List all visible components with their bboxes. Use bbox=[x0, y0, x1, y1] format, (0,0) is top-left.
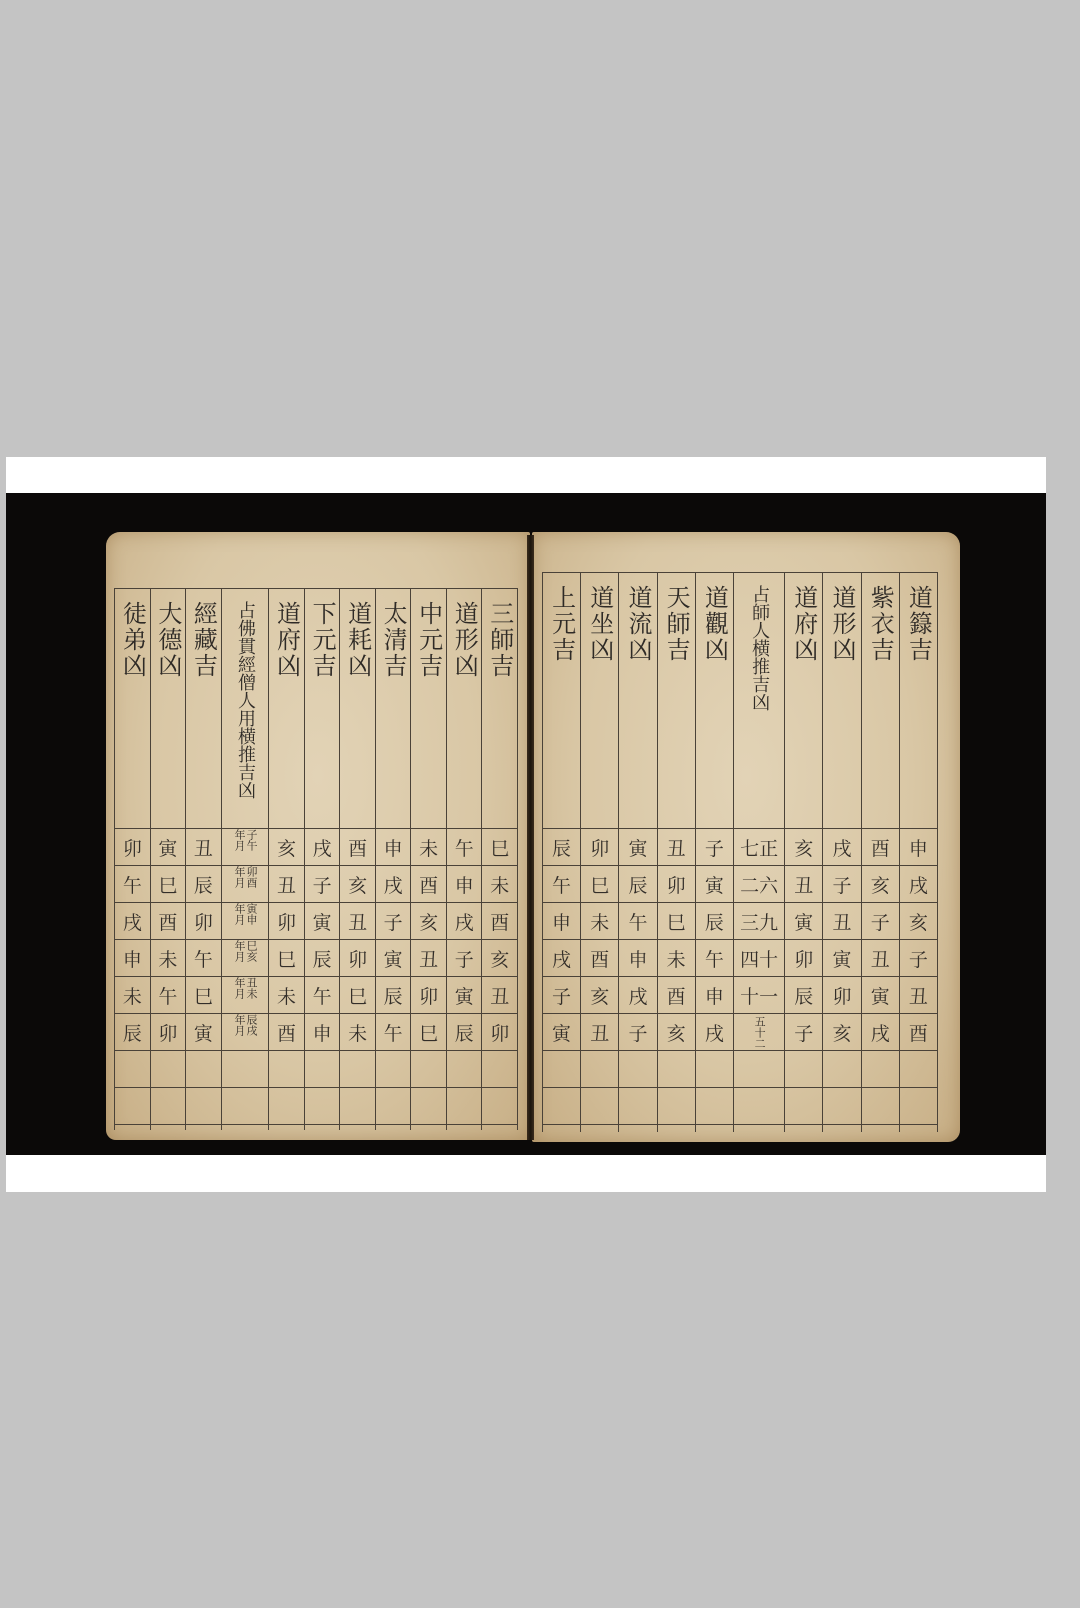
table-column: 天師吉丑卯巳未酉亥 bbox=[657, 573, 695, 1132]
table-cell: 酉 bbox=[340, 829, 375, 866]
column-header: 紫衣吉 bbox=[862, 573, 899, 829]
table-cell: 未 bbox=[658, 940, 695, 977]
table-cell: 辰 bbox=[543, 829, 580, 866]
table-cell: 寅 bbox=[785, 903, 822, 940]
table-cell: 午 bbox=[619, 903, 656, 940]
table-cell: 丑 bbox=[785, 866, 822, 903]
table-cell: 酉 bbox=[658, 977, 695, 1014]
table-cell: 二六 bbox=[734, 866, 784, 903]
table-cell: 卯 bbox=[340, 940, 375, 977]
column-header: 下元吉 bbox=[305, 589, 340, 829]
table-cell: 午 bbox=[376, 1014, 411, 1051]
table-cell: 申 bbox=[447, 866, 482, 903]
table-column: 道流凶寅辰午申戌子 bbox=[618, 573, 656, 1132]
table-cell: 未 bbox=[115, 977, 150, 1014]
table-cell: 子 bbox=[862, 903, 899, 940]
empty-cell bbox=[269, 1051, 304, 1088]
table-column: 道觀凶子寅辰午申戌 bbox=[695, 573, 733, 1132]
table-cell: 申 bbox=[696, 977, 733, 1014]
table-cell: 卯 bbox=[186, 903, 221, 940]
table-cell: 三九 bbox=[734, 903, 784, 940]
table-cell: 亥 bbox=[658, 1014, 695, 1051]
table-column: 太清吉申戌子寅辰午 bbox=[375, 589, 411, 1130]
table-cell: 巳 bbox=[186, 977, 221, 1014]
table-cell: 亥 bbox=[900, 903, 937, 940]
table-cell: 酉 bbox=[482, 903, 517, 940]
table-cell: 四十 bbox=[734, 940, 784, 977]
table-cell: 丑 bbox=[186, 829, 221, 866]
table-cell: 申 bbox=[900, 829, 937, 866]
column-header: 占師人横推吉凶 bbox=[734, 573, 784, 829]
table-cell: 亥 bbox=[823, 1014, 860, 1051]
table-cell: 寅 bbox=[305, 903, 340, 940]
column-header: 徒弟凶 bbox=[115, 589, 150, 829]
table-cell: 巳亥 年月 bbox=[222, 940, 269, 977]
empty-cell bbox=[823, 1088, 860, 1125]
table-cell: 七正 bbox=[734, 829, 784, 866]
table-cell: 亥 bbox=[482, 940, 517, 977]
column-header: 道籙吉 bbox=[900, 573, 937, 829]
empty-cell bbox=[151, 1088, 186, 1125]
table-cell: 寅 bbox=[376, 940, 411, 977]
book-spine bbox=[527, 535, 534, 1140]
table-cell: 午 bbox=[115, 866, 150, 903]
empty-cell bbox=[447, 1088, 482, 1125]
table-cell: 寅 bbox=[619, 829, 656, 866]
column-header: 上元吉 bbox=[543, 573, 580, 829]
table-cell: 子 bbox=[619, 1014, 656, 1051]
table-cell: 午 bbox=[696, 940, 733, 977]
table-cell: 未 bbox=[581, 903, 618, 940]
table-cell: 卯 bbox=[151, 1014, 186, 1051]
empty-cell bbox=[862, 1088, 899, 1125]
empty-cell bbox=[482, 1088, 517, 1125]
table-cell: 卯 bbox=[482, 1014, 517, 1051]
table-cell: 卯 bbox=[115, 829, 150, 866]
empty-cell bbox=[734, 1051, 784, 1088]
column-header: 占佛貫經僧人用横推吉凶 bbox=[222, 589, 269, 829]
table-cell: 申 bbox=[619, 940, 656, 977]
manuscript-left-page: 三師吉巳未酉亥丑卯道形凶午申戌子寅辰中元吉未酉亥丑卯巳太清吉申戌子寅辰午道耗凶酉… bbox=[106, 532, 530, 1140]
table-cell: 未 bbox=[482, 866, 517, 903]
column-header: 道流凶 bbox=[619, 573, 656, 829]
table-column: 道坐凶卯巳未酉亥丑 bbox=[580, 573, 618, 1132]
table-cell: 戌 bbox=[900, 866, 937, 903]
table-cell: 卯 bbox=[581, 829, 618, 866]
table-cell: 午 bbox=[305, 977, 340, 1014]
table-cell: 酉 bbox=[900, 1014, 937, 1051]
table-column: 道形凶戌子丑寅卯亥 bbox=[822, 573, 860, 1132]
table-cell: 寅 bbox=[823, 940, 860, 977]
table-cell: 午 bbox=[186, 940, 221, 977]
empty-cell bbox=[734, 1088, 784, 1125]
empty-cell bbox=[900, 1088, 937, 1125]
empty-cell bbox=[340, 1051, 375, 1088]
table-cell: 亥 bbox=[411, 903, 446, 940]
table-cell: 午 bbox=[151, 977, 186, 1014]
table-cell: 子 bbox=[823, 866, 860, 903]
empty-cell bbox=[376, 1088, 411, 1125]
table-cell: 卯 bbox=[823, 977, 860, 1014]
table-cell: 酉 bbox=[862, 829, 899, 866]
empty-cell bbox=[186, 1088, 221, 1125]
table-cell: 戌 bbox=[696, 1014, 733, 1051]
table-column: 下元吉戌子寅辰午申 bbox=[304, 589, 340, 1130]
empty-cell bbox=[115, 1051, 150, 1088]
table-cell: 丑 bbox=[900, 977, 937, 1014]
table-cell: 寅 bbox=[696, 866, 733, 903]
table-cell: 申 bbox=[115, 940, 150, 977]
table-column: 紫衣吉酉亥子丑寅戌 bbox=[861, 573, 899, 1132]
table-cell: 子 bbox=[900, 940, 937, 977]
empty-cell bbox=[305, 1051, 340, 1088]
empty-cell bbox=[581, 1051, 618, 1088]
table-cell: 卯 bbox=[785, 940, 822, 977]
table-column: 上元吉辰午申戌子寅 bbox=[542, 573, 580, 1132]
table-column: 三師吉巳未酉亥丑卯 bbox=[481, 589, 518, 1130]
table-cell: 辰 bbox=[785, 977, 822, 1014]
table-cell: 酉 bbox=[411, 866, 446, 903]
table-column: 徒弟凶卯午戌申未辰 bbox=[114, 589, 150, 1130]
empty-cell bbox=[543, 1051, 580, 1088]
empty-cell bbox=[340, 1088, 375, 1125]
table-cell: 亥 bbox=[581, 977, 618, 1014]
table-cell: 戌 bbox=[376, 866, 411, 903]
column-header: 中元吉 bbox=[411, 589, 446, 829]
column-header: 三師吉 bbox=[482, 589, 517, 829]
empty-cell bbox=[696, 1088, 733, 1125]
table-cell: 辰 bbox=[186, 866, 221, 903]
empty-cell bbox=[269, 1088, 304, 1125]
manuscript-right-page: 道籙吉申戌亥子丑酉紫衣吉酉亥子丑寅戌道形凶戌子丑寅卯亥道府凶亥丑寅卯辰子占師人横… bbox=[532, 532, 960, 1142]
table-cell: 亥 bbox=[340, 866, 375, 903]
right-page-table: 道籙吉申戌亥子丑酉紫衣吉酉亥子丑寅戌道形凶戌子丑寅卯亥道府凶亥丑寅卯辰子占師人横… bbox=[542, 572, 938, 1132]
table-cell: 巳 bbox=[658, 903, 695, 940]
table-column: 道形凶午申戌子寅辰 bbox=[446, 589, 482, 1130]
table-cell: 五十二 bbox=[734, 1014, 784, 1051]
empty-cell bbox=[115, 1088, 150, 1125]
table-cell: 子 bbox=[447, 940, 482, 977]
empty-cell bbox=[619, 1088, 656, 1125]
column-header: 道府凶 bbox=[269, 589, 304, 829]
table-cell: 亥 bbox=[269, 829, 304, 866]
table-cell: 辰 bbox=[115, 1014, 150, 1051]
table-cell: 辰 bbox=[376, 977, 411, 1014]
table-cell: 子 bbox=[696, 829, 733, 866]
table-cell: 亥 bbox=[785, 829, 822, 866]
column-header: 道坐凶 bbox=[581, 573, 618, 829]
table-cell: 寅申 年月 bbox=[222, 903, 269, 940]
table-cell: 子 bbox=[305, 866, 340, 903]
table-cell: 申 bbox=[543, 903, 580, 940]
table-cell: 戌 bbox=[823, 829, 860, 866]
table-cell: 申 bbox=[305, 1014, 340, 1051]
column-header: 道形凶 bbox=[447, 589, 482, 829]
column-header: 道耗凶 bbox=[340, 589, 375, 829]
table-cell: 卯 bbox=[658, 866, 695, 903]
table-cell: 卯 bbox=[269, 903, 304, 940]
empty-cell bbox=[658, 1088, 695, 1125]
table-cell: 戌 bbox=[305, 829, 340, 866]
empty-cell bbox=[222, 1088, 269, 1125]
table-cell: 丑 bbox=[658, 829, 695, 866]
table-cell: 辰 bbox=[305, 940, 340, 977]
table-cell: 寅 bbox=[862, 977, 899, 1014]
table-cell: 未 bbox=[269, 977, 304, 1014]
table-cell: 子午 年月 bbox=[222, 829, 269, 866]
table-cell: 戌 bbox=[862, 1014, 899, 1051]
table-cell: 巳 bbox=[151, 866, 186, 903]
empty-cell bbox=[151, 1051, 186, 1088]
table-cell: 卯 bbox=[411, 977, 446, 1014]
column-header: 大德凶 bbox=[151, 589, 186, 829]
table-cell: 丑 bbox=[340, 903, 375, 940]
table-cell: 丑未 年月 bbox=[222, 977, 269, 1014]
empty-cell bbox=[447, 1051, 482, 1088]
table-cell: 巳 bbox=[269, 940, 304, 977]
table-cell: 子 bbox=[543, 977, 580, 1014]
table-cell: 戌 bbox=[115, 903, 150, 940]
empty-cell bbox=[581, 1088, 618, 1125]
table-cell: 午 bbox=[543, 866, 580, 903]
empty-cell bbox=[543, 1088, 580, 1125]
table-cell: 巳 bbox=[482, 829, 517, 866]
empty-cell bbox=[696, 1051, 733, 1088]
table-cell: 巳 bbox=[340, 977, 375, 1014]
table-cell: 巳 bbox=[411, 1014, 446, 1051]
table-cell: 卯酉 年月 bbox=[222, 866, 269, 903]
table-cell: 寅 bbox=[543, 1014, 580, 1051]
table-cell: 午 bbox=[447, 829, 482, 866]
empty-cell bbox=[785, 1088, 822, 1125]
table-cell: 酉 bbox=[581, 940, 618, 977]
column-header: 太清吉 bbox=[376, 589, 411, 829]
table-cell: 酉 bbox=[269, 1014, 304, 1051]
column-header: 道形凶 bbox=[823, 573, 860, 829]
table-column: 道籙吉申戌亥子丑酉 bbox=[899, 573, 938, 1132]
empty-cell bbox=[785, 1051, 822, 1088]
table-cell: 辰 bbox=[447, 1014, 482, 1051]
table-column: 占師人横推吉凶七正二六三九四十十一五十二 bbox=[733, 573, 784, 1132]
table-cell: 丑 bbox=[862, 940, 899, 977]
table-column: 道耗凶酉亥丑卯巳未 bbox=[339, 589, 375, 1130]
table-cell: 丑 bbox=[581, 1014, 618, 1051]
table-cell: 寅 bbox=[447, 977, 482, 1014]
empty-cell bbox=[619, 1051, 656, 1088]
table-column: 經藏吉丑辰卯午巳寅 bbox=[185, 589, 221, 1130]
empty-cell bbox=[186, 1051, 221, 1088]
empty-cell bbox=[411, 1088, 446, 1125]
table-column: 占佛貫經僧人用横推吉凶子午 年月卯酉 年月寅申 年月巳亥 年月丑未 年月辰戌 年… bbox=[221, 589, 269, 1130]
column-header: 經藏吉 bbox=[186, 589, 221, 829]
table-cell: 巳 bbox=[581, 866, 618, 903]
table-cell: 辰戌 年月 bbox=[222, 1014, 269, 1051]
table-cell: 亥 bbox=[862, 866, 899, 903]
table-cell: 未 bbox=[340, 1014, 375, 1051]
table-cell: 辰 bbox=[696, 903, 733, 940]
table-cell: 辰 bbox=[619, 866, 656, 903]
table-cell: 戌 bbox=[543, 940, 580, 977]
table-cell: 丑 bbox=[411, 940, 446, 977]
empty-cell bbox=[900, 1051, 937, 1088]
empty-cell bbox=[658, 1051, 695, 1088]
empty-cell bbox=[482, 1051, 517, 1088]
table-cell: 寅 bbox=[151, 829, 186, 866]
empty-cell bbox=[823, 1051, 860, 1088]
table-cell: 戌 bbox=[619, 977, 656, 1014]
table-column: 大德凶寅巳酉未午卯 bbox=[150, 589, 186, 1130]
table-cell: 未 bbox=[151, 940, 186, 977]
table-cell: 丑 bbox=[823, 903, 860, 940]
empty-cell bbox=[862, 1051, 899, 1088]
table-cell: 申 bbox=[376, 829, 411, 866]
empty-cell bbox=[222, 1051, 269, 1088]
table-cell: 丑 bbox=[269, 866, 304, 903]
table-cell: 子 bbox=[376, 903, 411, 940]
table-column: 道府凶亥丑寅卯辰子 bbox=[784, 573, 822, 1132]
table-cell: 酉 bbox=[151, 903, 186, 940]
empty-cell bbox=[376, 1051, 411, 1088]
left-page-table: 三師吉巳未酉亥丑卯道形凶午申戌子寅辰中元吉未酉亥丑卯巳太清吉申戌子寅辰午道耗凶酉… bbox=[114, 588, 518, 1130]
column-header: 道府凶 bbox=[785, 573, 822, 829]
table-cell: 寅 bbox=[186, 1014, 221, 1051]
empty-cell bbox=[411, 1051, 446, 1088]
table-cell: 子 bbox=[785, 1014, 822, 1051]
column-header: 道觀凶 bbox=[696, 573, 733, 829]
table-column: 中元吉未酉亥丑卯巳 bbox=[410, 589, 446, 1130]
table-cell: 未 bbox=[411, 829, 446, 866]
table-cell: 丑 bbox=[482, 977, 517, 1014]
column-header: 天師吉 bbox=[658, 573, 695, 829]
table-cell: 戌 bbox=[447, 903, 482, 940]
table-cell: 十一 bbox=[734, 977, 784, 1014]
table-column: 道府凶亥丑卯巳未酉 bbox=[268, 589, 304, 1130]
empty-cell bbox=[305, 1088, 340, 1125]
